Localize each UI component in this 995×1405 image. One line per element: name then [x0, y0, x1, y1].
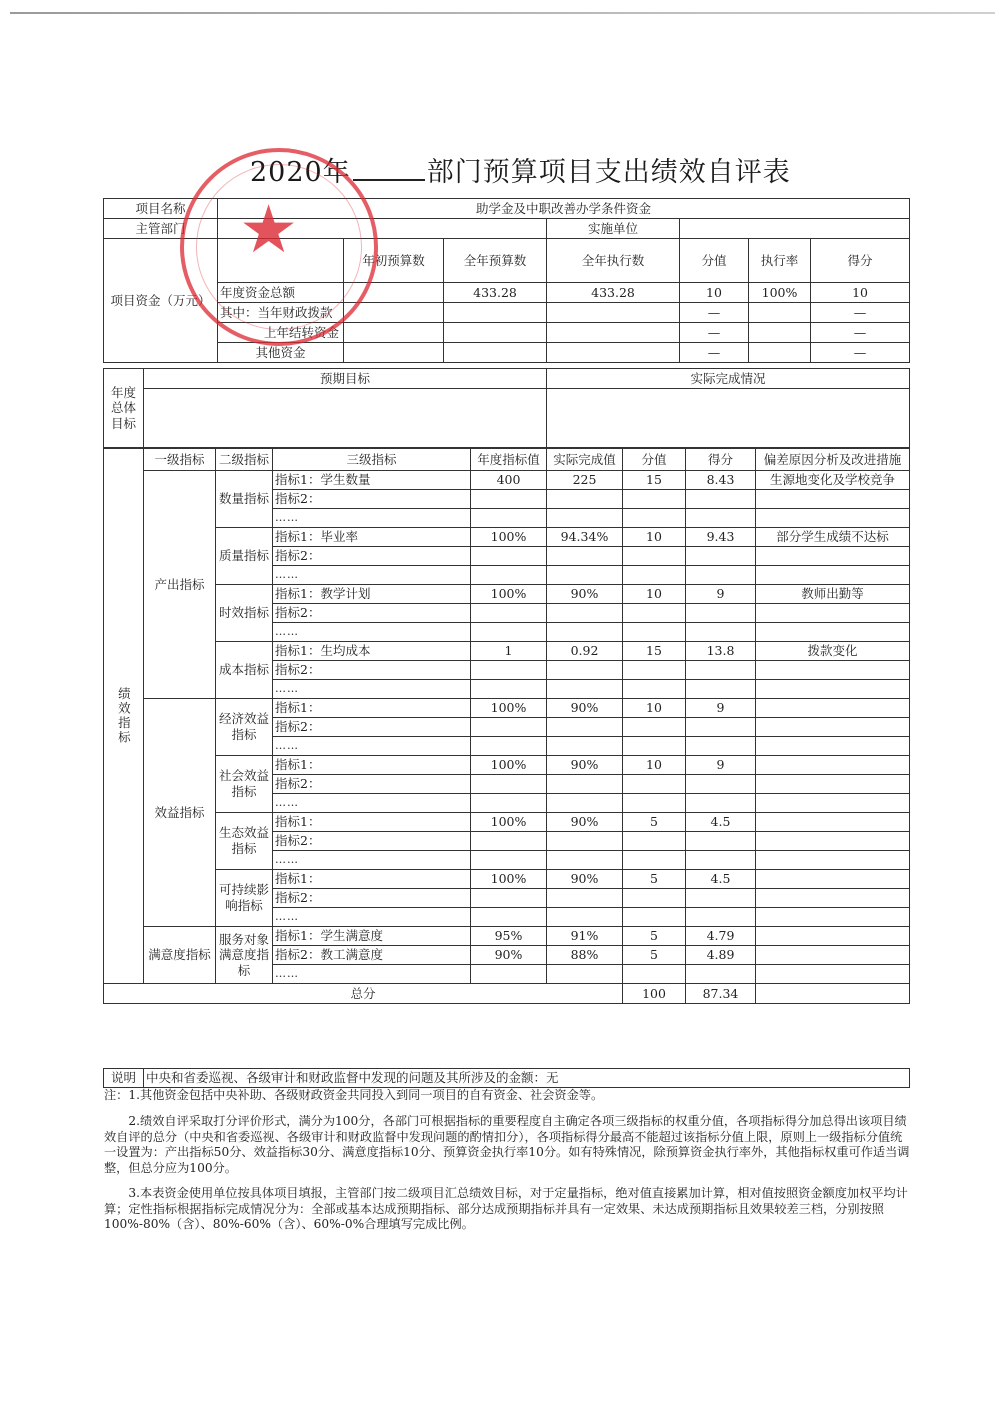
score-value	[623, 661, 686, 680]
deviation-reason	[756, 699, 910, 718]
funds-col-score-value: 分值	[680, 239, 749, 283]
funds-annual: 433.28	[444, 283, 547, 303]
target-value	[471, 794, 547, 813]
level3-indicator: 指标2：	[273, 490, 471, 509]
deviation-reason	[756, 908, 910, 927]
level3-indicator: ……	[273, 794, 471, 813]
level3-indicator: 指标1：	[273, 756, 471, 775]
total-label: 总分	[104, 984, 623, 1004]
funds-annual	[444, 303, 547, 323]
target-value: 100%	[471, 813, 547, 832]
indicator-row: 产出指标数量指标指标1：学生数量400225158.43生源地变化及学校竞争	[104, 471, 910, 490]
indicator-row: 质量指标指标1：毕业率100%94.34%109.43部分学生成绩不达标	[104, 528, 910, 547]
level3-indicator: 指标1：毕业率	[273, 528, 471, 547]
level2-indicator: 成本指标	[216, 642, 273, 699]
target-value: 100%	[471, 756, 547, 775]
target-value: 100%	[471, 699, 547, 718]
actual-value: 90%	[547, 756, 623, 775]
score: 9	[686, 699, 756, 718]
project-info-table: 项目名称 助学金及中职改善办学条件资金 主管部门 实施单位 项目资金（万元） 年…	[103, 198, 910, 363]
perf-col-target: 年度指标值	[471, 449, 547, 471]
indicator-row: 生态效益指标指标1：100%90%54.5	[104, 813, 910, 832]
score-value	[623, 908, 686, 927]
score	[686, 623, 756, 642]
funds-executed	[547, 303, 680, 323]
score-value: 10	[623, 699, 686, 718]
explanation-text: 中央和省委巡视、各级审计和财政监督中发现的问题及其所涉及的金额：无	[144, 1069, 910, 1088]
perf-label: 绩效指标	[104, 449, 144, 984]
annual-goals-table: 年度总体目标 预期目标 实际完成情况	[103, 368, 910, 448]
perf-col-score-value: 分值	[623, 449, 686, 471]
funds-col-initial: 年初预算数	[344, 239, 444, 283]
level3-indicator: ……	[273, 908, 471, 927]
target-value	[471, 490, 547, 509]
deviation-reason	[756, 623, 910, 642]
target-value	[471, 718, 547, 737]
actual-value	[547, 794, 623, 813]
funds-score-value: —	[680, 343, 749, 363]
level3-indicator: ……	[273, 965, 471, 984]
dept-label: 主管部门	[104, 219, 218, 239]
total-blank	[756, 984, 910, 1004]
funds-rate	[749, 323, 811, 343]
funds-corner	[218, 239, 344, 283]
funds-col-score: 得分	[811, 239, 910, 283]
score: 13.8	[686, 642, 756, 661]
funds-col-executed: 全年执行数	[547, 239, 680, 283]
deviation-reason	[756, 718, 910, 737]
score-value	[623, 775, 686, 794]
score-value	[623, 680, 686, 699]
target-value	[471, 908, 547, 927]
score-value	[623, 604, 686, 623]
score-value	[623, 832, 686, 851]
deviation-reason	[756, 794, 910, 813]
score-value	[623, 889, 686, 908]
score-value	[623, 547, 686, 566]
target-value	[471, 566, 547, 585]
level2-indicator: 时效指标	[216, 585, 273, 642]
score-value	[623, 623, 686, 642]
funds-row-name: 其中：当年财政拨款	[218, 303, 344, 323]
title-year: 2020年	[250, 157, 351, 188]
funds-col-rate: 执行率	[749, 239, 811, 283]
expected-goal-header: 预期目标	[144, 369, 547, 389]
performance-indicator-table: 绩效指标一级指标二级指标三级指标年度指标值实际完成值分值得分偏差原因分析及改进措…	[103, 448, 910, 1004]
score-value	[623, 851, 686, 870]
funds-executed	[547, 343, 680, 363]
project-name-label: 项目名称	[104, 199, 218, 219]
score-value: 10	[623, 585, 686, 604]
score-value	[623, 965, 686, 984]
perf-col-actual: 实际完成值	[547, 449, 623, 471]
deviation-reason	[756, 870, 910, 889]
actual-value: 90%	[547, 870, 623, 889]
note-3: 3.本表资金使用单位按具体项目填报，主管部门按二级项目汇总绩效目标，对于定量指标…	[104, 1186, 912, 1233]
level3-indicator: 指标1：	[273, 699, 471, 718]
indicator-row: 满意度指标服务对象满意度指标指标1：学生满意度95%91%54.79	[104, 927, 910, 946]
actual-value: 225	[547, 471, 623, 490]
level3-indicator: 指标2：	[273, 832, 471, 851]
target-value	[471, 889, 547, 908]
deviation-reason	[756, 775, 910, 794]
funds-initial	[344, 343, 444, 363]
actual-value	[547, 547, 623, 566]
deviation-reason	[756, 566, 910, 585]
funds-score: —	[811, 343, 910, 363]
actual-value	[547, 775, 623, 794]
score	[686, 547, 756, 566]
level1-indicator: 效益指标	[144, 699, 216, 927]
deviation-reason	[756, 604, 910, 623]
deviation-reason	[756, 927, 910, 946]
explanation-label: 说明	[104, 1069, 144, 1088]
funds-score: —	[811, 323, 910, 343]
level3-indicator: ……	[273, 851, 471, 870]
target-value	[471, 680, 547, 699]
actual-completion-value	[547, 389, 910, 448]
actual-value	[547, 623, 623, 642]
target-value: 100%	[471, 585, 547, 604]
funds-row-name: 年度资金总额	[218, 283, 344, 303]
score: 8.43	[686, 471, 756, 490]
page-title: 2020年部门预算项目支出绩效自评表	[250, 150, 791, 189]
actual-value	[547, 718, 623, 737]
level3-indicator: 指标2：	[273, 775, 471, 794]
level3-indicator: 指标1：教学计划	[273, 585, 471, 604]
level2-indicator: 数量指标	[216, 471, 273, 528]
deviation-reason	[756, 490, 910, 509]
score: 9	[686, 585, 756, 604]
note-1: 注：1.其他资金包括中央补助、各级财政资金共同投入到同一项目的自有资金、社会资金…	[104, 1088, 912, 1104]
score-value: 5	[623, 870, 686, 889]
score-value: 5	[623, 946, 686, 965]
level3-indicator: 指标2：	[273, 718, 471, 737]
actual-value	[547, 832, 623, 851]
score	[686, 661, 756, 680]
deviation-reason: 教师出勤等	[756, 585, 910, 604]
funds-score-value: —	[680, 323, 749, 343]
level2-indicator: 生态效益指标	[216, 813, 273, 870]
indicator-row: 效益指标经济效益指标指标1：100%90%109	[104, 699, 910, 718]
actual-value: 90%	[547, 699, 623, 718]
score-value: 15	[623, 471, 686, 490]
score	[686, 775, 756, 794]
level2-indicator: 服务对象满意度指标	[216, 927, 273, 984]
deviation-reason	[756, 737, 910, 756]
score-value: 5	[623, 927, 686, 946]
funds-rate: 100%	[749, 283, 811, 303]
target-value	[471, 547, 547, 566]
score: 4.89	[686, 946, 756, 965]
target-value: 400	[471, 471, 547, 490]
title-suffix: 部门预算项目支出绩效自评表	[427, 157, 791, 188]
score-value	[623, 794, 686, 813]
perf-col-level3: 三级指标	[273, 449, 471, 471]
score-value: 5	[623, 813, 686, 832]
score	[686, 566, 756, 585]
target-value: 90%	[471, 946, 547, 965]
level3-indicator: 指标2：	[273, 661, 471, 680]
level2-indicator: 社会效益指标	[216, 756, 273, 813]
deviation-reason	[756, 547, 910, 566]
deviation-reason	[756, 946, 910, 965]
level3-indicator: 指标1：学生满意度	[273, 927, 471, 946]
project-name-value: 助学金及中职改善办学条件资金	[218, 199, 910, 219]
score	[686, 680, 756, 699]
score: 4.5	[686, 870, 756, 889]
score: 9.43	[686, 528, 756, 547]
indicator-row: 成本指标指标1：生均成本10.921513.8拨款变化	[104, 642, 910, 661]
deviation-reason	[756, 965, 910, 984]
score	[686, 851, 756, 870]
actual-value: 0.92	[547, 642, 623, 661]
level3-indicator: 指标2：教工满意度	[273, 946, 471, 965]
score	[686, 908, 756, 927]
note-2: 2.绩效自评采取打分评价形式，满分为100分，各部门可根据指标的重要程度自主确定…	[104, 1114, 912, 1176]
deviation-reason	[756, 889, 910, 908]
actual-value: 90%	[547, 585, 623, 604]
actual-value	[547, 566, 623, 585]
score	[686, 604, 756, 623]
target-value	[471, 661, 547, 680]
actual-value	[547, 509, 623, 528]
level3-indicator: ……	[273, 509, 471, 528]
impl-unit-label: 实施单位	[547, 219, 680, 239]
deviation-reason	[756, 509, 910, 528]
target-value	[471, 737, 547, 756]
actual-value: 94.34%	[547, 528, 623, 547]
level3-indicator: ……	[273, 680, 471, 699]
score-value: 10	[623, 528, 686, 547]
level2-indicator: 经济效益指标	[216, 699, 273, 756]
indicator-row: 社会效益指标指标1：100%90%109	[104, 756, 910, 775]
impl-unit-value	[680, 219, 910, 239]
deviation-reason: 部分学生成绩不达标	[756, 528, 910, 547]
score-value	[623, 737, 686, 756]
target-value	[471, 832, 547, 851]
total-score: 87.34	[686, 984, 756, 1004]
perf-header-row: 绩效指标一级指标二级指标三级指标年度指标值实际完成值分值得分偏差原因分析及改进措…	[104, 449, 910, 471]
score	[686, 832, 756, 851]
title-blank-line	[353, 157, 425, 181]
score-value	[623, 509, 686, 528]
expected-goal-value	[144, 389, 547, 448]
level3-indicator: 指标2：	[273, 604, 471, 623]
level3-indicator: 指标1：	[273, 870, 471, 889]
target-value: 100%	[471, 528, 547, 547]
funds-row-name: 其他资金	[218, 343, 344, 363]
score: 4.79	[686, 927, 756, 946]
deviation-reason: 拨款变化	[756, 642, 910, 661]
funds-label: 项目资金（万元）	[104, 239, 218, 363]
actual-value	[547, 737, 623, 756]
score	[686, 718, 756, 737]
score	[686, 509, 756, 528]
score	[686, 889, 756, 908]
goals-label: 年度总体目标	[104, 369, 144, 448]
actual-completion-header: 实际完成情况	[547, 369, 910, 389]
total-row: 总分10087.34	[104, 984, 910, 1004]
target-value: 95%	[471, 927, 547, 946]
funds-row: 上年结转资金 — —	[104, 323, 910, 343]
perf-col-level1: 一级指标	[144, 449, 216, 471]
deviation-reason	[756, 661, 910, 680]
score-value	[623, 566, 686, 585]
score-value	[623, 718, 686, 737]
score	[686, 737, 756, 756]
target-value	[471, 623, 547, 642]
actual-value	[547, 490, 623, 509]
actual-value: 90%	[547, 813, 623, 832]
score	[686, 965, 756, 984]
total-value: 100	[623, 984, 686, 1004]
target-value	[471, 509, 547, 528]
level3-indicator: 指标1：	[273, 813, 471, 832]
score: 9	[686, 756, 756, 775]
funds-executed	[547, 323, 680, 343]
indicator-row: 可持续影响指标指标1：100%90%54.5	[104, 870, 910, 889]
indicator-row: 时效指标指标1：教学计划100%90%109教师出勤等	[104, 585, 910, 604]
actual-value	[547, 889, 623, 908]
target-value	[471, 965, 547, 984]
level3-indicator: ……	[273, 623, 471, 642]
actual-value	[547, 604, 623, 623]
target-value: 100%	[471, 870, 547, 889]
scan-edge-line	[10, 12, 995, 14]
target-value	[471, 604, 547, 623]
deviation-reason	[756, 813, 910, 832]
funds-col-annual: 全年预算数	[444, 239, 547, 283]
dept-value	[218, 219, 547, 239]
funds-row: 年度资金总额 433.28 433.28 10 100% 10	[104, 283, 910, 303]
funds-score: —	[811, 303, 910, 323]
level3-indicator: 指标1：生均成本	[273, 642, 471, 661]
actual-value	[547, 661, 623, 680]
perf-col-score: 得分	[686, 449, 756, 471]
target-value	[471, 775, 547, 794]
funds-executed: 433.28	[547, 283, 680, 303]
level2-indicator: 质量指标	[216, 528, 273, 585]
actual-value	[547, 680, 623, 699]
funds-rate	[749, 343, 811, 363]
target-value: 1	[471, 642, 547, 661]
deviation-reason	[756, 851, 910, 870]
actual-value: 88%	[547, 946, 623, 965]
funds-initial	[344, 323, 444, 343]
actual-value: 91%	[547, 927, 623, 946]
target-value	[471, 851, 547, 870]
funds-annual	[444, 323, 547, 343]
deviation-reason: 生源地变化及学校竞争	[756, 471, 910, 490]
funds-annual	[444, 343, 547, 363]
perf-col-level2: 二级指标	[216, 449, 273, 471]
perf-col-deviation: 偏差原因分析及改进措施	[756, 449, 910, 471]
level3-indicator: ……	[273, 566, 471, 585]
deviation-reason	[756, 680, 910, 699]
deviation-reason	[756, 756, 910, 775]
score: 4.5	[686, 813, 756, 832]
level2-indicator: 可持续影响指标	[216, 870, 273, 927]
funds-initial	[344, 283, 444, 303]
level1-indicator: 产出指标	[144, 471, 216, 699]
deviation-reason	[756, 832, 910, 851]
actual-value	[547, 851, 623, 870]
funds-row: 其中：当年财政拨款 — —	[104, 303, 910, 323]
score-value	[623, 490, 686, 509]
funds-rate	[749, 303, 811, 323]
score	[686, 794, 756, 813]
funds-initial	[344, 303, 444, 323]
actual-value	[547, 965, 623, 984]
explanation-table: 说明 中央和省委巡视、各级审计和财政监督中发现的问题及其所涉及的金额：无	[103, 1068, 910, 1088]
level3-indicator: ……	[273, 737, 471, 756]
level3-indicator: 指标2：	[273, 547, 471, 566]
funds-score-value: —	[680, 303, 749, 323]
level1-indicator: 满意度指标	[144, 927, 216, 984]
funds-row-name: 上年结转资金	[218, 323, 344, 343]
score-value: 10	[623, 756, 686, 775]
level3-indicator: 指标2：	[273, 889, 471, 908]
funds-score-value: 10	[680, 283, 749, 303]
funds-score: 10	[811, 283, 910, 303]
level3-indicator: 指标1：学生数量	[273, 471, 471, 490]
actual-value	[547, 908, 623, 927]
score	[686, 490, 756, 509]
score-value: 15	[623, 642, 686, 661]
funds-row: 其他资金 — —	[104, 343, 910, 363]
